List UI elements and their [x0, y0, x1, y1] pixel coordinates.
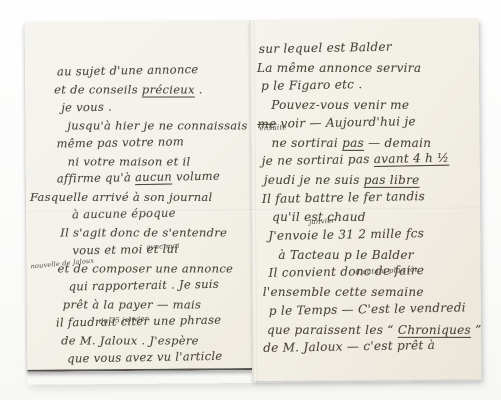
text-run: ni votre maison et il — [68, 154, 191, 168]
letter-line: qui rapporterait . Je suis — [69, 275, 252, 296]
letter-line: à aucune époque — [72, 204, 251, 225]
letter-page-right: sur lequel est Balder La même annonce se… — [250, 18, 482, 381]
text-run: voir — Aujourd'hui je — [276, 114, 416, 130]
letter-page-left: au sujet d'une annonce et de conseils pr… — [25, 20, 253, 372]
text-run: volume — [172, 169, 220, 184]
letter-line: p le Figaro etc . — [261, 74, 479, 97]
letter-line: J'envoie le 31 2 mille fcs — [268, 223, 480, 245]
letter-line: me voir — Aujourd'hui je — [257, 111, 479, 134]
text-run: . — [195, 82, 203, 96]
letter-line: même pas votre nom — [56, 132, 250, 153]
letter-line: de M. Jaloux — c'est prêt à — [263, 335, 481, 358]
text-run: Il s'agit donc de s'entendre — [60, 226, 227, 240]
text-run: et de conseils — [54, 82, 142, 96]
underlined-word: pas libre — [364, 173, 420, 187]
text-run: que vous avez vu l'article — [67, 348, 222, 365]
text-run: qui rapporterait . Je suis — [69, 277, 220, 294]
text-run: à Tacteau p le Balder — [278, 248, 413, 262]
text-run: p le Temps — C'est le vendredi — [269, 300, 466, 317]
letter-line: il faudrait citer une phrase — [56, 311, 252, 332]
text-run: je vous . — [61, 99, 112, 114]
underlined-word: Chroniques — [398, 322, 471, 336]
text-run: jeudi je ne suis — [264, 173, 364, 187]
text-run: — demain — [364, 135, 431, 149]
text-run: J'envoie le 31 2 mille fcs — [268, 226, 424, 243]
interline-annotation: janvier — [309, 217, 335, 227]
letter-sheet: au sujet d'une annonce et de conseils pr… — [25, 18, 482, 385]
text-run: de M. Jaloux — c'est prêt à — [263, 338, 435, 355]
text-run: ne sortirai — [272, 135, 343, 149]
underlined-word: aucun — [135, 170, 172, 185]
letter-line: je ne sortirai pas avant 4 h ½ — [262, 148, 480, 171]
text-run: même pas votre nom — [56, 134, 184, 150]
text-run: p le Figaro etc . — [261, 78, 363, 94]
text-run: au sujet d'une annonce — [57, 62, 199, 78]
letter-line: p le Temps — C'est le vendredi — [269, 298, 481, 320]
letter-line: Il faut battre le fer tandis — [262, 186, 480, 209]
text-run: de M. Jaloux . J'espère — [61, 333, 199, 347]
text-run: Il faut battre le fer tandis — [262, 189, 425, 206]
letter-line: je vous . — [61, 96, 250, 117]
letter-line: au sujet d'une annonce — [57, 60, 250, 81]
letter-line: que vous avez vu l'article — [67, 347, 252, 368]
text-run: jusqu'à hier je ne connaissais — [67, 118, 247, 132]
underlined-word: pas — [342, 135, 364, 149]
letter-line: affirme qu'à aucun volume — [57, 168, 251, 189]
text-run: Pouvez-vous venir me — [271, 98, 409, 112]
text-run: que paraissent les “ — [267, 322, 398, 336]
underlined-word: avant 4 h ½ — [374, 151, 450, 166]
text-run: La même annonce servira — [257, 61, 421, 75]
text-run: Fasquelle arrivé à son journal — [30, 190, 213, 204]
text-run: l'ensemble cette semaine — [263, 285, 424, 299]
text-run: prêt à la payer — mais — [63, 297, 201, 311]
text-run: je ne sortirai pas — [262, 152, 374, 168]
text-run: affirme qu'à — [57, 171, 135, 186]
underlined-word: précieux — [142, 82, 195, 96]
interline-annotation: ensuite — [259, 123, 287, 132]
text-run: à aucune époque — [72, 206, 176, 222]
text-run: sur lequel est Balder — [259, 40, 392, 56]
interline-annotation: avec moi — [146, 242, 179, 251]
letter-line: sur lequel est Balder — [259, 36, 479, 59]
right-page-text: sur lequel est Balder La même annonce se… — [250, 18, 482, 358]
